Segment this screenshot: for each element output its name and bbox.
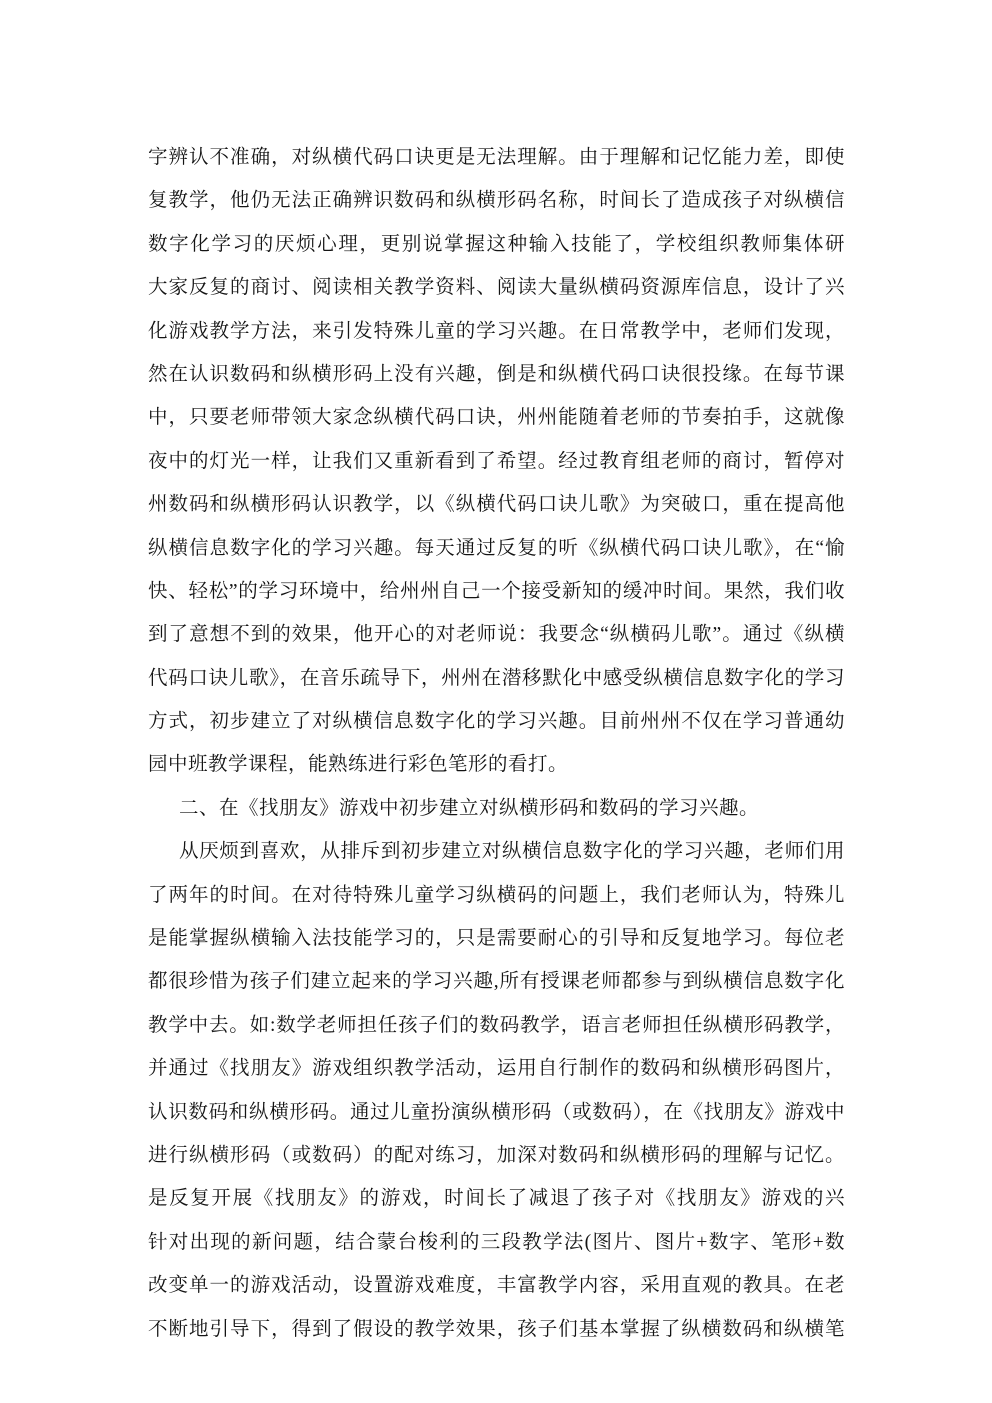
text-line-25: 是反复开展《找朋友》的游戏，时间长了减退了孩子对《找朋友》游戏的兴趣。 bbox=[148, 1177, 845, 1220]
text-line-18: 了两年的时间。在对待特殊儿童学习纵横码的问题上，我们老师认为，特殊儿童 bbox=[148, 874, 845, 917]
text-line-2: 复教学，他仍无法正确辨识数码和纵横形码名称，时间长了造成孩子对纵横信息 bbox=[148, 179, 845, 222]
text-line-8: 夜中的灯光一样，让我们又重新看到了希望。经过教育组老师的商讨，暂停对州 bbox=[148, 440, 845, 483]
text-line-27: 改变单一的游戏活动，设置游戏难度，丰富教学内容，采用直观的教具。在老师 bbox=[148, 1264, 845, 1307]
text-line-15-paragraph-end: 园中班教学课程，能熟练进行彩色笔形的看打。 bbox=[148, 743, 845, 786]
text-line-9: 州数码和纵横形码认识教学，以《纵横代码口诀儿歌》为突破口，重在提高他对 bbox=[148, 483, 845, 526]
text-line-22: 并通过《找朋友》游戏组织教学活动，运用自行制作的数码和纵横形码图片，来 bbox=[148, 1047, 845, 1090]
text-line-19: 是能掌握纵横输入法技能学习的，只是需要耐心的引导和反复地学习。每位老师 bbox=[148, 917, 845, 960]
text-line-28: 不断地引导下，得到了假设的教学效果，孩子们基本掌握了纵横数码和纵横笔形 bbox=[148, 1308, 845, 1351]
section-heading-line: 二、在《找朋友》游戏中初步建立对纵横形码和数码的学习兴趣。 bbox=[148, 787, 845, 830]
text-line-10: 纵横信息数字化的学习兴趣。每天通过反复的听《纵横代码口诀儿歌》，在“愉 bbox=[148, 527, 845, 570]
text-line-23: 认识数码和纵横形码。通过儿童扮演纵横形码（或数码），在《找朋友》游戏中 bbox=[148, 1091, 845, 1134]
text-line-13: 代码口诀儿歌》，在音乐疏导下，州州在潜移默化中感受纵横信息数字化的学习 bbox=[148, 657, 845, 700]
text-line-7: 中，只要老师带领大家念纵横代码口诀，州州能随着老师的节奏拍手，这就像黑 bbox=[148, 396, 845, 439]
text-line-14: 方式，初步建立了对纵横信息数字化的学习兴趣。目前州州不仅在学习普通幼儿 bbox=[148, 700, 845, 743]
text-line-21: 教学中去。如:数学老师担任孩子们的数码教学，语言老师担任纵横形码教学， bbox=[148, 1004, 845, 1047]
text-line-26: 针对出现的新问题，结合蒙台梭利的三段教学法(图片、图片+数字、笔形+数字)， bbox=[148, 1221, 845, 1264]
text-line-5: 化游戏教学方法，来引发特殊儿童的学习兴趣。在日常教学中，老师们发现，虽 bbox=[148, 310, 845, 353]
text-line-6: 然在认识数码和纵横形码上没有兴趣，倒是和纵横代码口诀很投缘。在每节课堂 bbox=[148, 353, 845, 396]
text-block: 字辨认不准确，对纵横代码口诀更是无法理解。由于理解和记忆能力差，即使反 复教学，… bbox=[148, 136, 845, 1351]
document-page: 字辨认不准确，对纵横代码口诀更是无法理解。由于理解和记忆能力差，即使反 复教学，… bbox=[0, 0, 992, 1403]
text-line-17-paragraph-start: 从厌烦到喜欢，从排斥到初步建立对纵横信息数字化的学习兴趣，老师们用 bbox=[148, 830, 845, 873]
text-line-3: 数字化学习的厌烦心理，更别说掌握这种输入技能了，学校组织教师集体研究， bbox=[148, 223, 845, 266]
text-line-11: 快、轻松”的学习环境中，给州州自己一个接受新知的缓冲时间。果然，我们收 bbox=[148, 570, 845, 613]
text-line-4: 大家反复的商讨、阅读相关教学资料、阅读大量纵横码资源库信息，设计了兴趣 bbox=[148, 266, 845, 309]
text-line-12: 到了意想不到的效果，他开心的对老师说：我要念“纵横码儿歌”。通过《纵横 bbox=[148, 613, 845, 656]
text-line-1: 字辨认不准确，对纵横代码口诀更是无法理解。由于理解和记忆能力差，即使反 bbox=[148, 136, 845, 179]
text-line-24: 进行纵横形码（或数码）的配对练习，加深对数码和纵横形码的理解与记忆。但 bbox=[148, 1134, 845, 1177]
text-line-20: 都很珍惜为孩子们建立起来的学习兴趣,所有授课老师都参与到纵横信息数字化 bbox=[148, 960, 845, 1003]
